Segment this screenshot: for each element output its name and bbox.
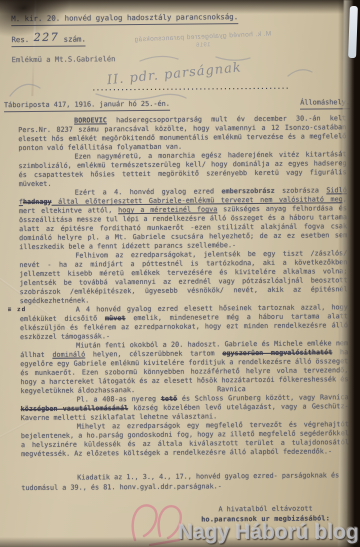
dateline-fieldpost: Táboriposta 417, 1916. január hó 25.-én. (4, 100, 170, 112)
photo-background-right-edge (338, 0, 360, 547)
body-paragraph: Felhivom az ezredparságokat, jelentsék b… (19, 249, 347, 306)
dateline: Állomáshely. Táboriposta 417, 1916. janu… (4, 98, 350, 112)
res-suffix: szám. (64, 35, 86, 44)
body-text: BOROEVIC hadseregcsoportparság mult év d… (18, 114, 349, 459)
document-photo: M. kir. 20. honvéd gyalog hadosztály par… (0, 0, 360, 547)
margin-mark: ≡ zd (8, 306, 27, 313)
dotted-separator: ........................................… (92, 83, 290, 93)
subject-line: Emlékmü a Mt.S.Gabrielén (12, 54, 116, 64)
body-paragraph: Mihelyt az ezredparságok egy megfelelő t… (21, 420, 349, 459)
body-paragraph: A 4 honvéd gyalog ezred elesett hőseinek… (20, 303, 348, 342)
distribution-note: Kiadatik az 1., 3., 4., 17., honvéd gyal… (21, 471, 349, 493)
body-paragraph: Ezen nagyméretü, a monarchia egész hader… (18, 150, 346, 189)
body-paragraph: BOROEVIC hadseregcsoportparság mult év d… (18, 114, 346, 153)
body-paragraph: Miután fenti okokból a 20. hadoszt. Gabr… (20, 339, 348, 396)
body-paragraph: Ezért a 4. honvéd gyalog ezred emberszob… (19, 186, 348, 252)
watermark: Nagy Háború blog (178, 521, 359, 545)
document-content: M. kir. 20. honvéd gyalog hadosztály par… (0, 0, 360, 547)
mirrored-stamp: M. k. honvéd gyalogezred parancsnokság 1… (110, 29, 295, 52)
body-paragraph: Pl. a 408-as nyereg tető és Schloss Grun… (21, 393, 349, 423)
